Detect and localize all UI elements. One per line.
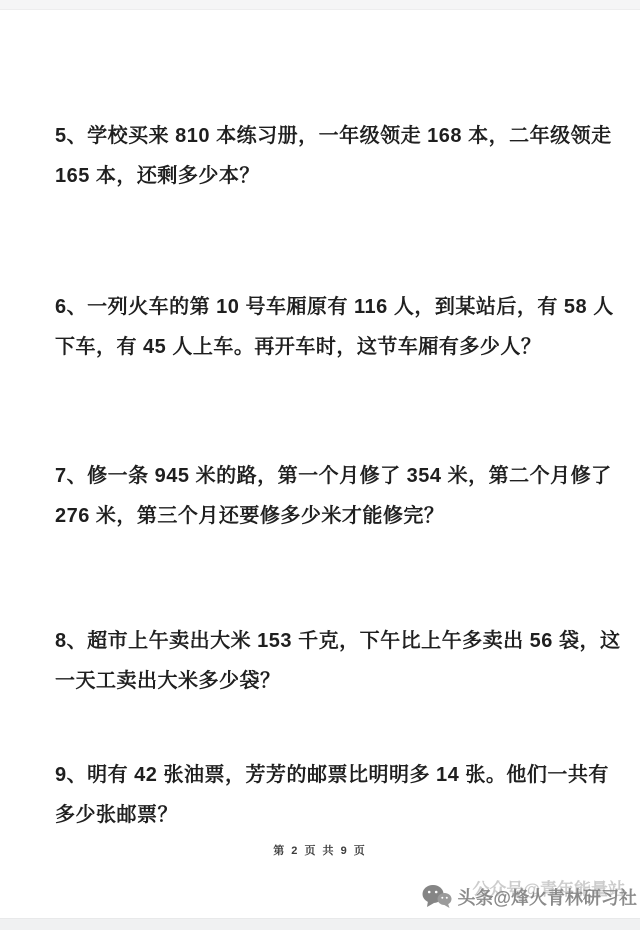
problem-6-line-2: 下车，有 45 人上车。再开车时，这节车厢有多少人？ bbox=[55, 327, 595, 367]
page-number-indicator: 第 2 页 共 9 页 bbox=[0, 842, 640, 858]
watermark-primary-text: 头条@烽火青林研习社 bbox=[457, 884, 637, 910]
problem-9-line-1: 9、明有 42 张油票，芳芳的邮票比明明多 14 张。他们一共有 bbox=[55, 755, 595, 795]
problem-7-line-2: 276 米，第三个月还要修多少米才能修完？ bbox=[55, 496, 595, 536]
watermark: 公众号@青年能量站 头条@烽火青林研习社 bbox=[422, 884, 637, 918]
problem-5-line-1: 5、学校买来 810 本练习册，一年级领走 168 本，二年级领走 bbox=[55, 116, 595, 156]
problem-9: 9、明有 42 张油票，芳芳的邮票比明明多 14 张。他们一共有 多少张邮票？ bbox=[55, 755, 595, 835]
problem-7-line-1: 7、修一条 945 米的路，第一个月修了 354 米，第二个月修了 bbox=[55, 456, 595, 496]
wechat-icon bbox=[422, 884, 452, 910]
problem-8-line-1: 8、超市上午卖出大米 153 千克，下午比上午多卖出 56 袋，这 bbox=[55, 621, 595, 661]
watermark-primary-row: 头条@烽火青林研习社 bbox=[422, 884, 637, 910]
bottom-edge-bar bbox=[0, 918, 640, 930]
problem-8: 8、超市上午卖出大米 153 千克，下午比上午多卖出 56 袋，这 一天工卖出大… bbox=[55, 621, 595, 701]
problem-7: 7、修一条 945 米的路，第一个月修了 354 米，第二个月修了 276 米，… bbox=[55, 456, 595, 536]
problem-6: 6、一列火车的第 10 号车厢原有 116 人，到某站后，有 58 人 下车，有… bbox=[55, 287, 595, 367]
problem-9-line-2: 多少张邮票？ bbox=[55, 795, 595, 835]
problem-5-line-2: 165 本，还剩多少本？ bbox=[55, 156, 595, 196]
problem-6-line-1: 6、一列火车的第 10 号车厢原有 116 人，到某站后，有 58 人 bbox=[55, 287, 595, 327]
worksheet-page: 5、学校买来 810 本练习册，一年级领走 168 本，二年级领走 165 本，… bbox=[0, 0, 640, 930]
problem-8-line-2: 一天工卖出大米多少袋？ bbox=[55, 661, 595, 701]
problem-5: 5、学校买来 810 本练习册，一年级领走 168 本，二年级领走 165 本，… bbox=[55, 116, 595, 196]
top-edge-bar bbox=[0, 0, 640, 10]
